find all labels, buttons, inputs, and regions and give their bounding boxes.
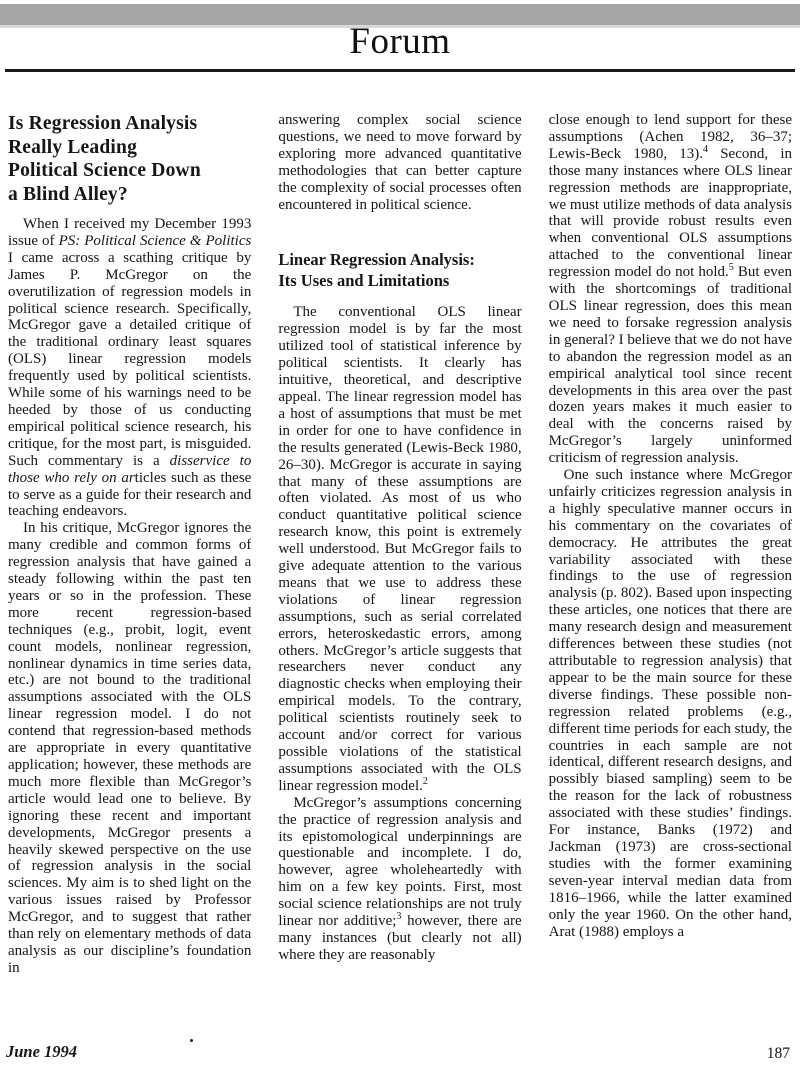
paragraph: In his critique, McGregor ignores the ma… xyxy=(8,520,251,976)
footer-issue-date: June 1994 xyxy=(6,1042,77,1062)
column-1: Is Regression AnalysisReally LeadingPoli… xyxy=(8,112,251,1036)
paragraph: One such instance where McGregor unfairl… xyxy=(549,467,792,940)
paragraph: answering complex social science questio… xyxy=(278,112,521,213)
article-body: Is Regression AnalysisReally LeadingPoli… xyxy=(8,112,792,1036)
column-2: answering complex social science questio… xyxy=(278,112,521,1036)
paragraph: McGregor’s assumptions concerning the pr… xyxy=(278,795,521,964)
footer-page-number: 187 xyxy=(767,1045,790,1063)
page: Forum Is Regression AnalysisReally Leadi… xyxy=(0,0,800,1077)
paragraph: When I received my December 1993 issue o… xyxy=(8,216,251,520)
paragraph: close enough to lend support for these a… xyxy=(549,112,792,467)
scan-artifact-dot xyxy=(190,1039,193,1042)
divider-rule xyxy=(5,69,795,72)
paragraph: The conventional OLS linear regression m… xyxy=(278,304,521,794)
section-heading: Linear Regression Analysis:Its Uses and … xyxy=(278,249,521,291)
article-title: Is Regression AnalysisReally LeadingPoli… xyxy=(8,112,251,206)
masthead-title: Forum xyxy=(0,21,800,63)
column-3: close enough to lend support for these a… xyxy=(549,112,792,1036)
